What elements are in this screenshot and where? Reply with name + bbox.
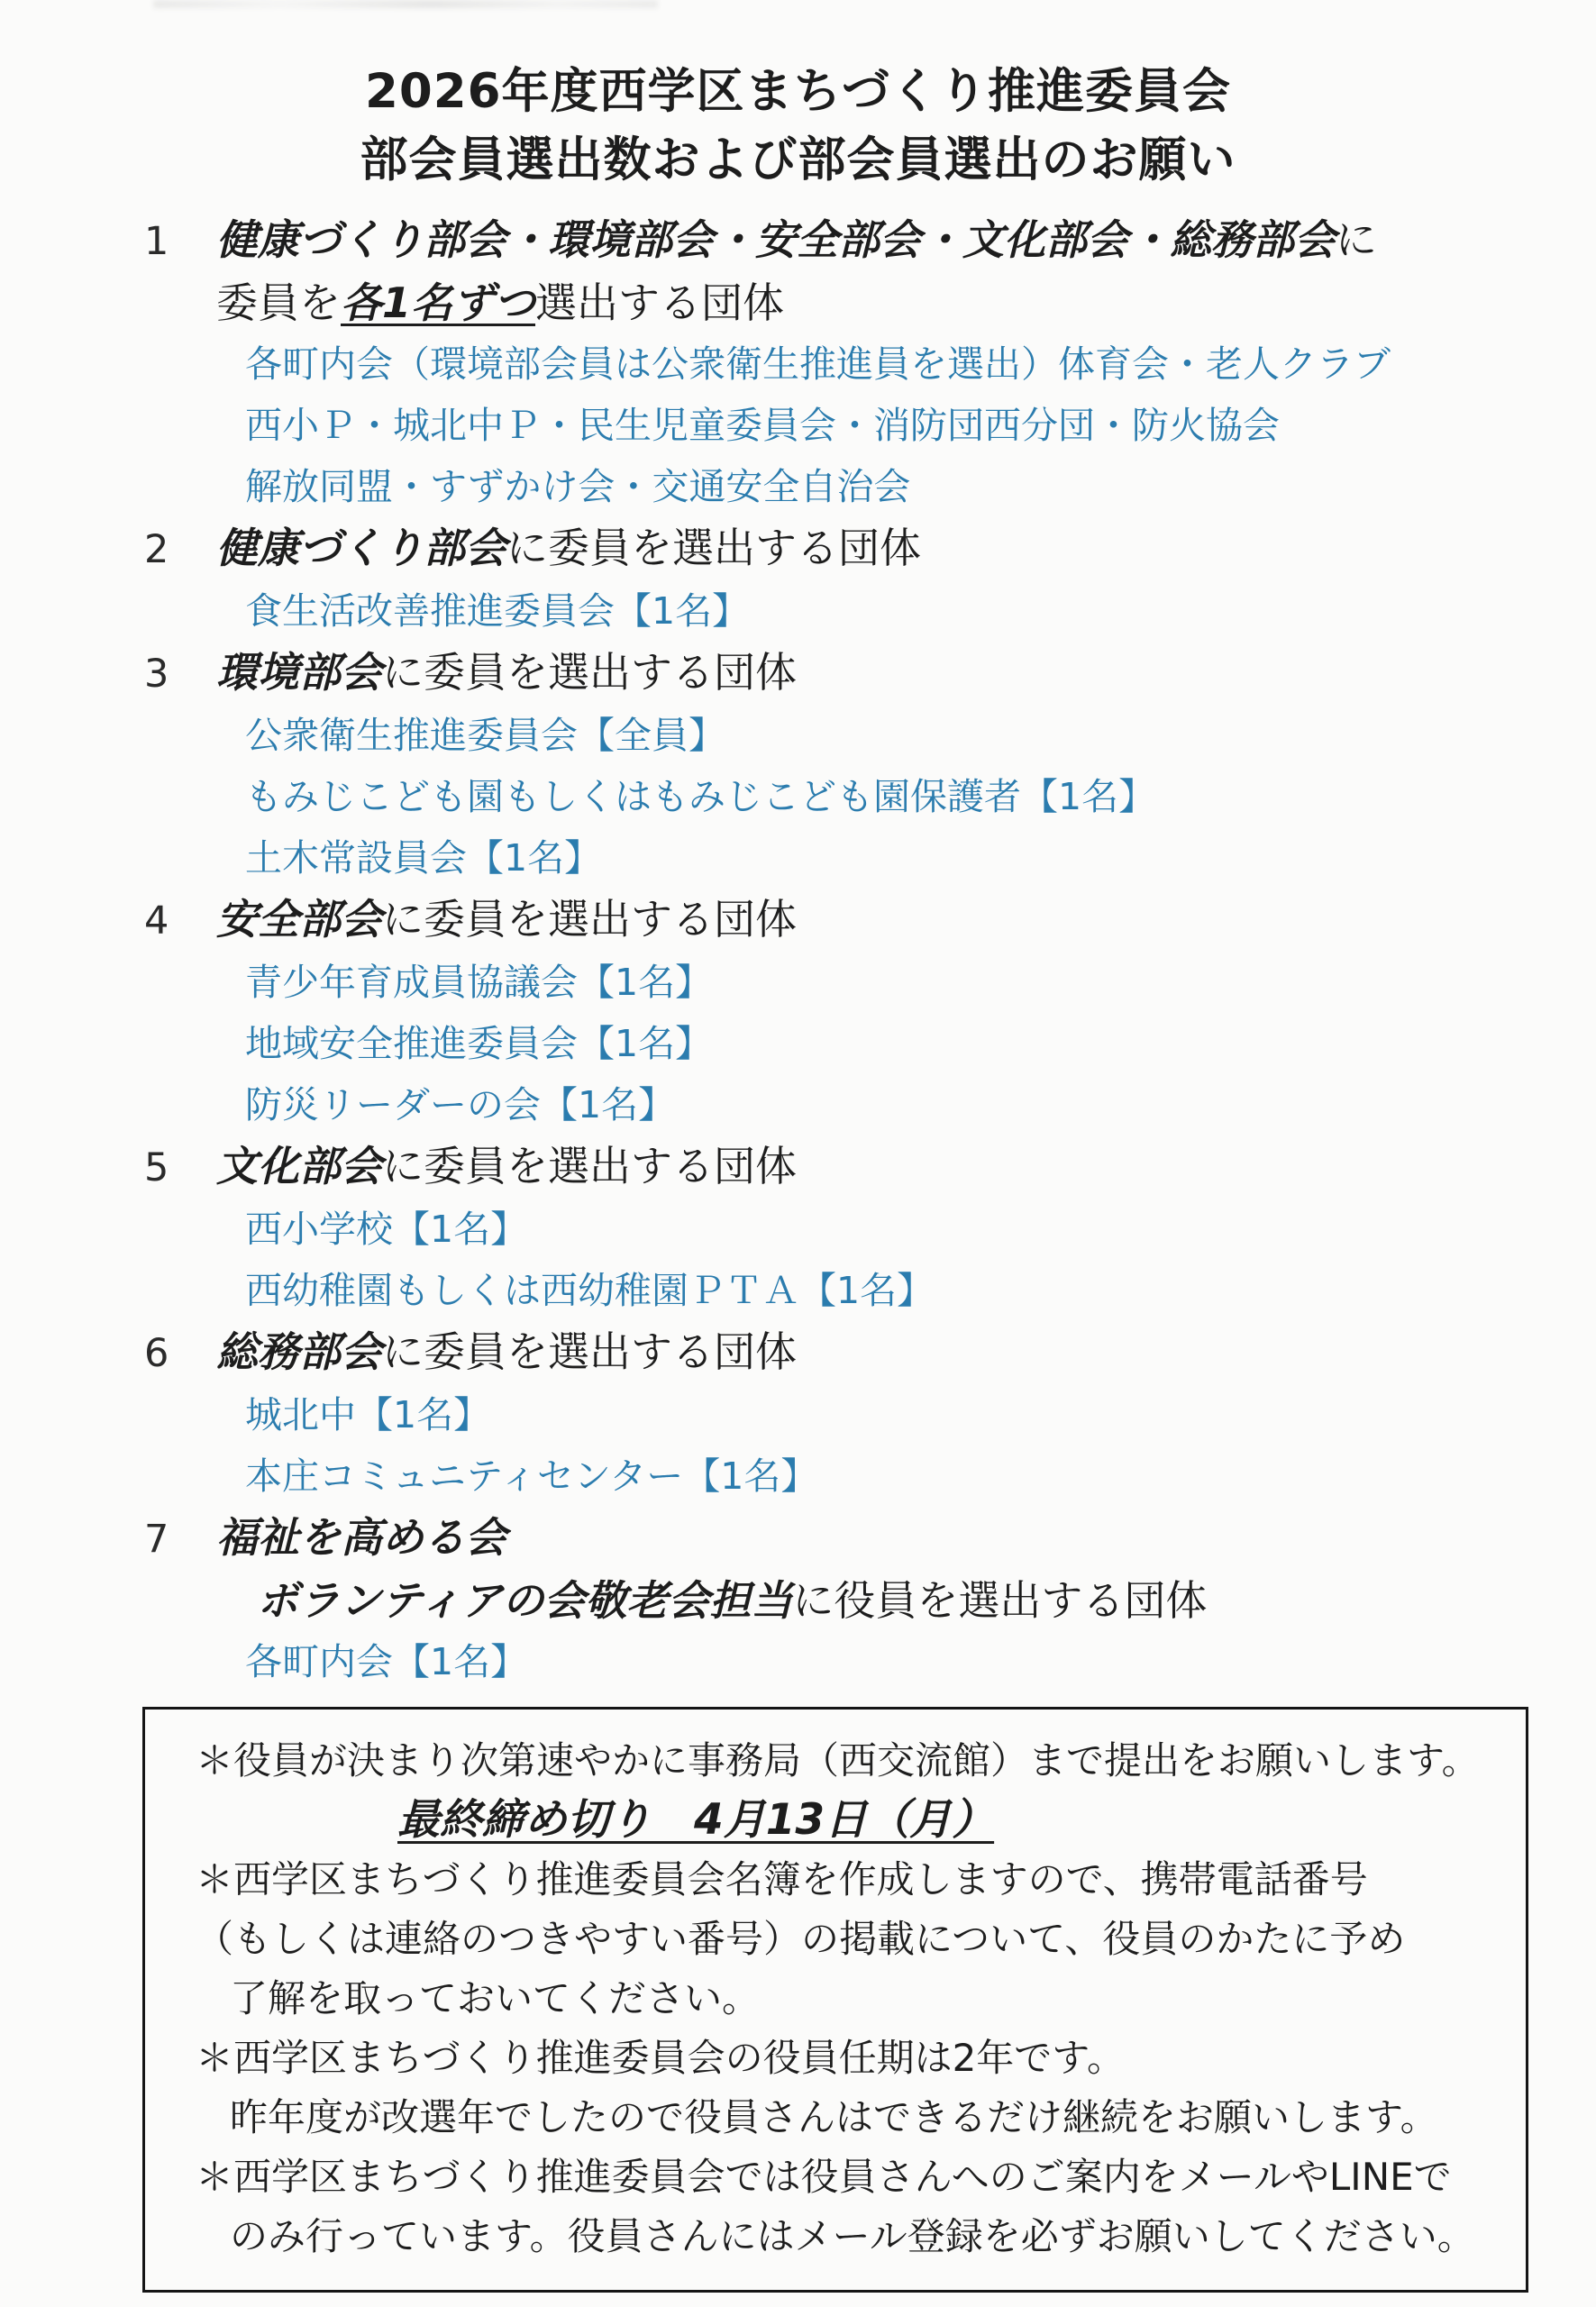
section-4: 4安全部会に委員を選出する団体 青少年育成員協議会【1名】 地域安全推進委員会【…: [0, 889, 1596, 1135]
notice-line: ＊役員が決まり次第速やかに事務局（西交流館）まで提出をお願いします。: [196, 1731, 1499, 1791]
scan-artifact: [153, 0, 658, 8]
member-group-item: 各町内会【1名】: [0, 1631, 1596, 1692]
member-group-item: 青少年育成員協議会【1名】: [0, 952, 1596, 1013]
section-title-emphasis: 環境部会: [216, 648, 382, 697]
section-title-rest: に委員を選出する団体: [506, 524, 921, 572]
section-title-emphasis: 健康づくり部会: [216, 524, 506, 572]
member-group-item: 本庄コミュニティセンター【1名】: [0, 1445, 1596, 1507]
section-number: 6: [144, 1323, 216, 1384]
section-number: 7: [144, 1509, 216, 1570]
section-title-rest: に委員を選出する団体: [382, 1142, 797, 1190]
section-6-heading: 6総務部会に委員を選出する団体: [0, 1321, 1596, 1384]
section-2: 2健康づくり部会に委員を選出する団体 食生活改善推進委員会【1名】: [0, 517, 1596, 642]
section-number: 4: [144, 890, 216, 952]
notice-box: ＊役員が決まり次第速やかに事務局（西交流館）まで提出をお願いします。 最終締め切…: [142, 1707, 1528, 2293]
section-5-heading: 5文化部会に委員を選出する団体: [0, 1135, 1596, 1199]
section-number: 1: [144, 211, 216, 272]
notice-line-continuation: 昨年度が改選年でしたので役員さんはできるだけ継続をお願いします。: [196, 2088, 1499, 2147]
member-group-item: 公衆衛生推進委員会【全員】: [0, 705, 1596, 766]
member-group-item: 地域安全推進委員会【1名】: [0, 1013, 1596, 1074]
document-title: 2026年度西学区まちづくり推進委員会 部会員選出数および部会員選出のお願い: [0, 0, 1596, 195]
section-1: 1健康づくり部会・環境部会・安全部会・文化部会・総務部会に 委員を各1名ずつ選出…: [0, 209, 1596, 517]
section-7-subheading: ボランティアの会敬老会担当に役員を選出する団体: [0, 1570, 1596, 1631]
section-7: 7福祉を高める会 ボランティアの会敬老会担当に役員を選出する団体 各町内会【1名…: [0, 1507, 1596, 1692]
section-3: 3環境部会に委員を選出する団体 公衆衛生推進委員会【全員】 もみじこども園もしく…: [0, 642, 1596, 889]
subheading-pre: 委員を: [216, 278, 341, 327]
section-1-subheading: 委員を各1名ずつ選出する団体: [0, 272, 1596, 333]
member-group-item: 解放同盟・すずかけ会・交通安全自治会: [0, 456, 1596, 517]
section-2-heading: 2健康づくり部会に委員を選出する団体: [0, 517, 1596, 580]
subheading-emphasis: ボランティアの会敬老会担当: [257, 1576, 792, 1625]
member-group-item: 西小Ｐ・城北中Ｐ・民生児童委員会・消防団西分団・防火協会: [0, 395, 1596, 456]
section-title-rest: に委員を選出する団体: [382, 1327, 797, 1376]
section-title-rest: に委員を選出する団体: [382, 648, 797, 697]
notice-line-continuation: のみ行っています。役員さんにはメール登録を必ずお願いしてください。: [196, 2207, 1499, 2266]
member-group-item: 各町内会（環境部会員は公衆衛生推進員を選出）体育会・老人クラブ: [0, 333, 1596, 395]
notice-line: ＊西学区まちづくり推進委員会名簿を作成しますので、携帯電話番号: [196, 1850, 1499, 1910]
member-group-item: 食生活改善推進委員会【1名】: [0, 580, 1596, 642]
document-title-line1: 2026年度西学区まちづくり推進委員会: [0, 58, 1596, 126]
member-group-item: 西小学校【1名】: [0, 1199, 1596, 1260]
deadline-line: 最終締め切り 4月13日（月）: [196, 1791, 1499, 1850]
section-title-emphasis: 安全部会: [216, 895, 382, 944]
subheading-emphasis: 各1名ずつ: [341, 278, 535, 327]
scanned-document-page: 2026年度西学区まちづくり推進委員会 部会員選出数および部会員選出のお願い 1…: [0, 0, 1596, 2307]
member-group-item: 土木常設員会【1名】: [0, 827, 1596, 889]
notice-line: ＊西学区まちづくり推進委員会では役員さんへのご案内をメールやLINEで: [196, 2147, 1499, 2207]
section-title-emphasis: 総務部会: [216, 1327, 382, 1376]
section-1-heading: 1健康づくり部会・環境部会・安全部会・文化部会・総務部会に: [0, 209, 1596, 272]
section-7-heading: 7福祉を高める会: [0, 1507, 1596, 1570]
section-number: 5: [144, 1137, 216, 1199]
section-list: 1健康づくり部会・環境部会・安全部会・文化部会・総務部会に 委員を各1名ずつ選出…: [0, 209, 1596, 1692]
section-title-rest: に委員を選出する団体: [382, 895, 797, 944]
subheading-post: に役員を選出する団体: [792, 1576, 1207, 1625]
section-title-emphasis: 福祉を高める会: [216, 1513, 506, 1562]
notice-line-continuation: 了解を取っておいてください。: [196, 1969, 1499, 2029]
section-5: 5文化部会に委員を選出する団体 西小学校【1名】 西幼稚園もしくは西幼稚園ＰＴＡ…: [0, 1135, 1596, 1321]
section-3-heading: 3環境部会に委員を選出する団体: [0, 642, 1596, 705]
notice-line: ＊西学区まちづくり推進委員会の役員任期は2年です。: [196, 2029, 1499, 2088]
section-4-heading: 4安全部会に委員を選出する団体: [0, 889, 1596, 952]
member-group-item: 防災リーダーの会【1名】: [0, 1074, 1596, 1135]
notice-line: （もしくは連絡のつきやすい番号）の掲載について、役員のかたに予め: [196, 1910, 1499, 1969]
section-6: 6総務部会に委員を選出する団体 城北中【1名】 本庄コミュニティセンター【1名】: [0, 1321, 1596, 1507]
subheading-post: 選出する団体: [535, 278, 784, 327]
document-title-line2: 部会員選出数および部会員選出のお願い: [0, 126, 1596, 195]
member-group-item: 城北中【1名】: [0, 1384, 1596, 1445]
member-group-item: もみじこども園もしくはもみじこども園保護者【1名】: [0, 766, 1596, 827]
section-title-emphasis: 健康づくり部会・環境部会・安全部会・文化部会・総務部会: [216, 215, 1336, 264]
section-number: 2: [144, 519, 216, 580]
section-number: 3: [144, 643, 216, 705]
section-title-emphasis: 文化部会: [216, 1142, 382, 1190]
section-title-rest: に: [1336, 215, 1377, 264]
member-group-item: 西幼稚園もしくは西幼稚園ＰＴＡ【1名】: [0, 1260, 1596, 1321]
